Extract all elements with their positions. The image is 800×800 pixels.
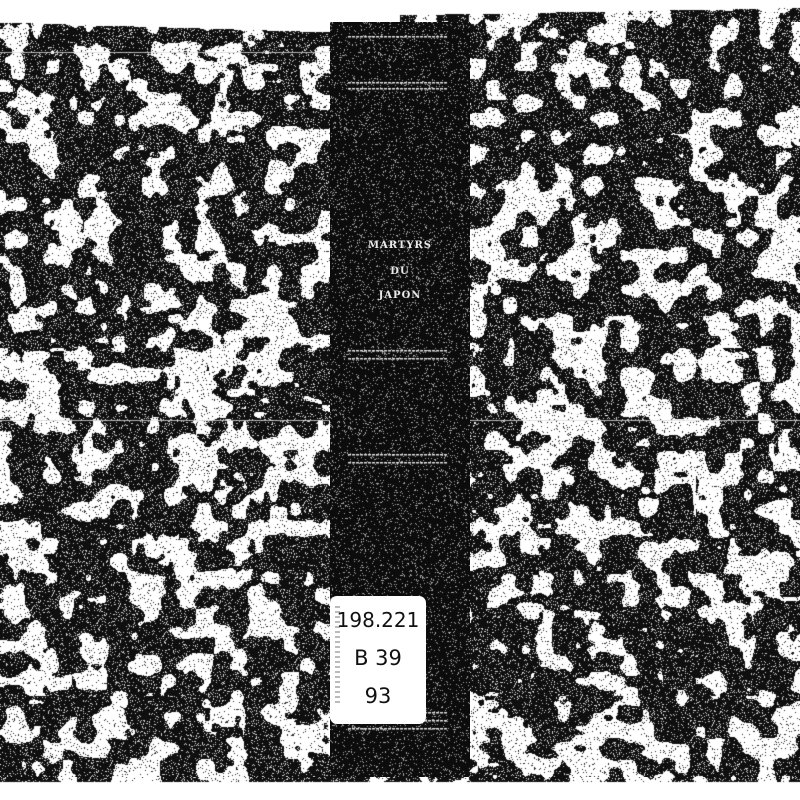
spine-title-line-2: DU bbox=[330, 266, 470, 277]
call-number-volume: 93 bbox=[330, 684, 426, 708]
spine-title-line-1: MARTYRS bbox=[330, 240, 470, 251]
spine-title-line-3: JAPON bbox=[330, 290, 470, 301]
library-call-number-label: 198.221 B 39 93 bbox=[330, 596, 426, 724]
call-number-class: 198.221 bbox=[330, 608, 426, 632]
call-number-cutter: B 39 bbox=[330, 646, 426, 670]
